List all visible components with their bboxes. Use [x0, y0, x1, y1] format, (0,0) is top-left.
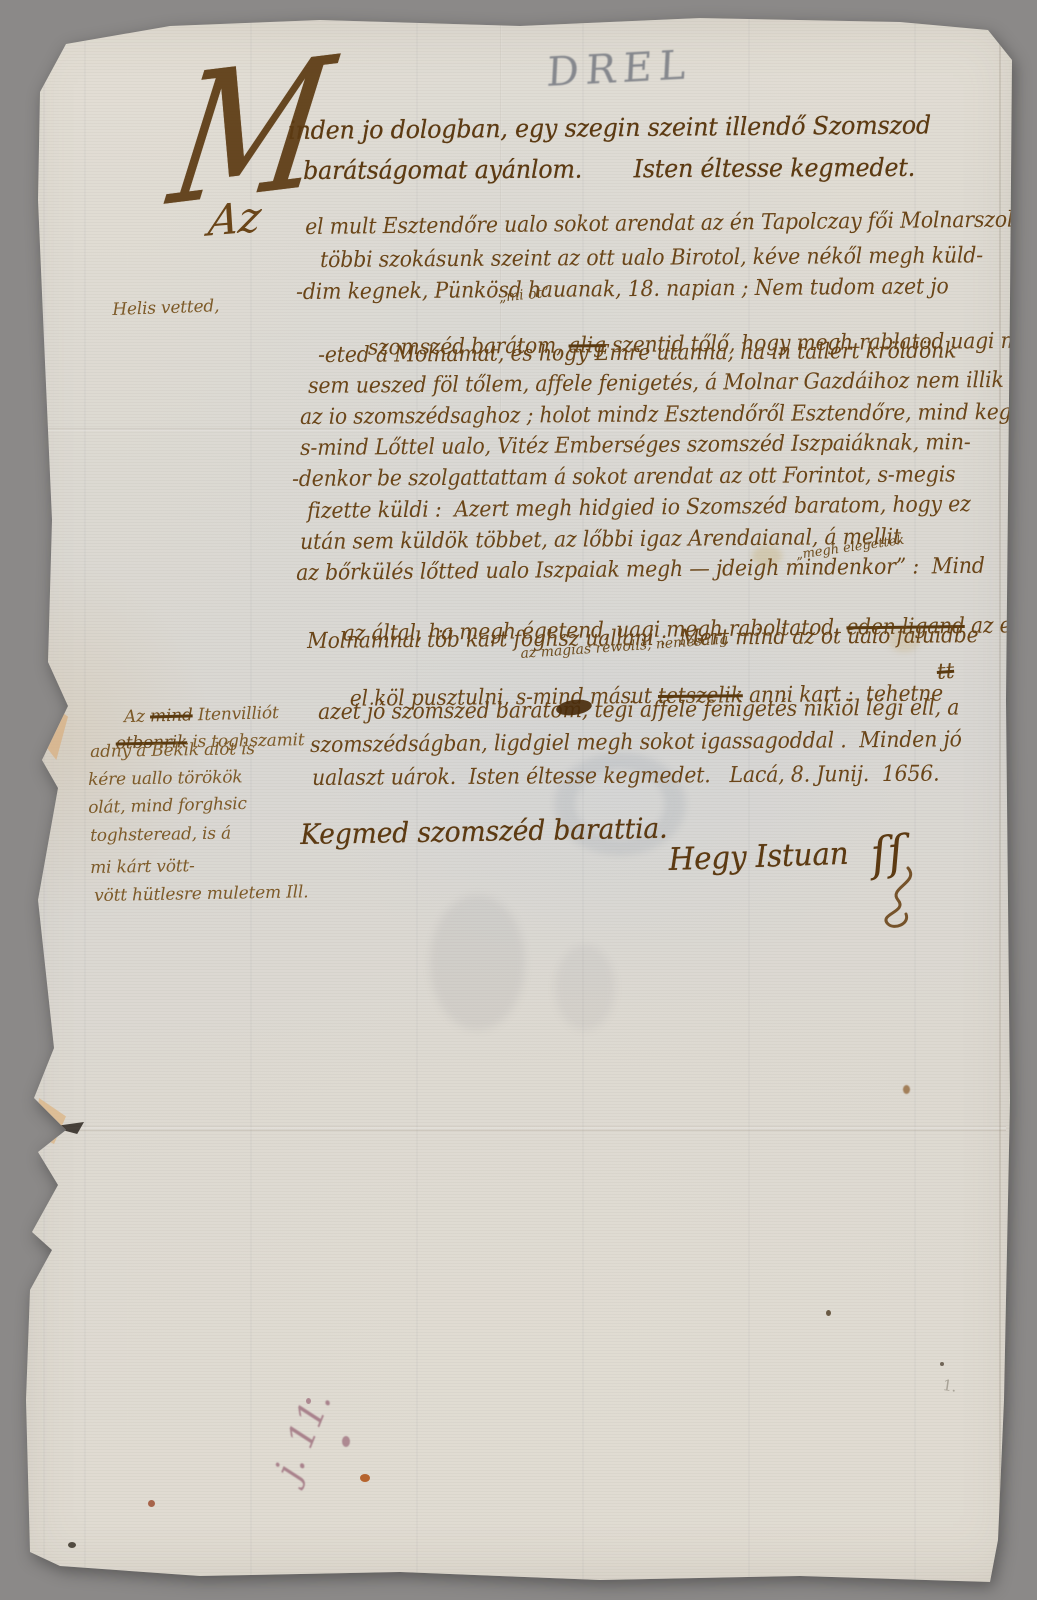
margin-block-line: vött hütlesre muletem Ill.: [94, 882, 309, 906]
margin-block-line: mi kárt vött-: [90, 856, 195, 878]
manuscript-line: ualaszt uárok. Isten éltesse kegmedet. L…: [312, 762, 940, 791]
graphite-smudge: [430, 895, 525, 1030]
closing-line: Kegmed szomszéd barattia.: [300, 812, 668, 851]
signature-paraph: [858, 862, 928, 932]
margin-note: Helis vetted,: [112, 296, 220, 320]
manuscript-line: -denkor be szolgattattam á sokot arendat…: [292, 462, 955, 492]
torn-edge-flap-lower: [36, 1098, 66, 1144]
fox-spot: [903, 1085, 910, 1094]
margin-block-line: toghsteread, is á: [90, 824, 231, 846]
fold-crease-vertical-right: [999, 30, 1001, 1575]
fold-crease-horizontal-lower: [34, 1126, 1006, 1131]
red-archival-mark: j. 11.: [268, 1386, 340, 1485]
manuscript-line: s-mind Lőttel ualo, Vitéz Emberséges szo…: [300, 430, 971, 461]
manuscript-line: többi szokásunk szeint az ott ualo Birot…: [320, 243, 983, 273]
manuscript-line: -dim kegnek, Pünkösd hauanak, 18. napian…: [296, 274, 949, 305]
margin-block-line: kére uallo törökök: [88, 767, 243, 790]
fox-spot: [826, 1310, 831, 1316]
manuscript-sheet: DREL M inden jo dologban, egy szegin sze…: [0, 0, 1037, 1600]
manuscript-line: azet jó szomszéd baratom, tegi affele fe…: [318, 696, 959, 725]
pencil-annotation: DREL: [546, 42, 694, 96]
graphite-smudge: [555, 945, 615, 1030]
signature: Hegy Istuan: [668, 836, 849, 878]
manuscript-line: -eted á Molnamat, és hogy Emre utanna, h…: [318, 339, 956, 368]
margin-block-line: olát, mind forghsic: [88, 794, 247, 818]
manuscript-line: az bőrkülés lőtted ualo Iszpaiak megh — …: [296, 554, 985, 586]
ink-speck: [940, 1362, 944, 1366]
ink-speck: [68, 1542, 76, 1548]
torn-edge-flap-upper: [42, 698, 68, 760]
wax-spot: [360, 1474, 370, 1482]
manuscript-line: sem ueszed föl tőlem, affele fenigetés, …: [308, 368, 1004, 399]
struck-edge-text: tt: [936, 659, 955, 685]
manuscript-line: fizette küldi : Azert megh hidgied io Sz…: [307, 492, 971, 524]
red-ink-dot: [342, 1436, 350, 1447]
pencil-mark-small: 1.: [941, 1376, 957, 1396]
manuscript-line: az io szomszédsaghoz ; holot mindz Eszte…: [300, 400, 1037, 430]
fox-spot: [148, 1500, 155, 1507]
margin-block-line: adny á Bekik alőt is: [90, 739, 255, 762]
paragraph-initial: Az: [206, 191, 264, 245]
manuscript-line: szomszédságban, ligdgiel megh sokot igas…: [310, 727, 962, 758]
manuscript-line: el mult Esztendőre ualo sokot arendat az…: [305, 208, 1013, 240]
manuscript-line: inden jo dologban, egy szegin szeint ill…: [288, 110, 931, 145]
torn-edge-shadow: [50, 1122, 84, 1134]
manuscript-line: barátságomat ayánlom. Isten éltesse kegm…: [303, 153, 915, 185]
paper-surface: DREL M inden jo dologban, egy szegin sze…: [0, 0, 1037, 1600]
